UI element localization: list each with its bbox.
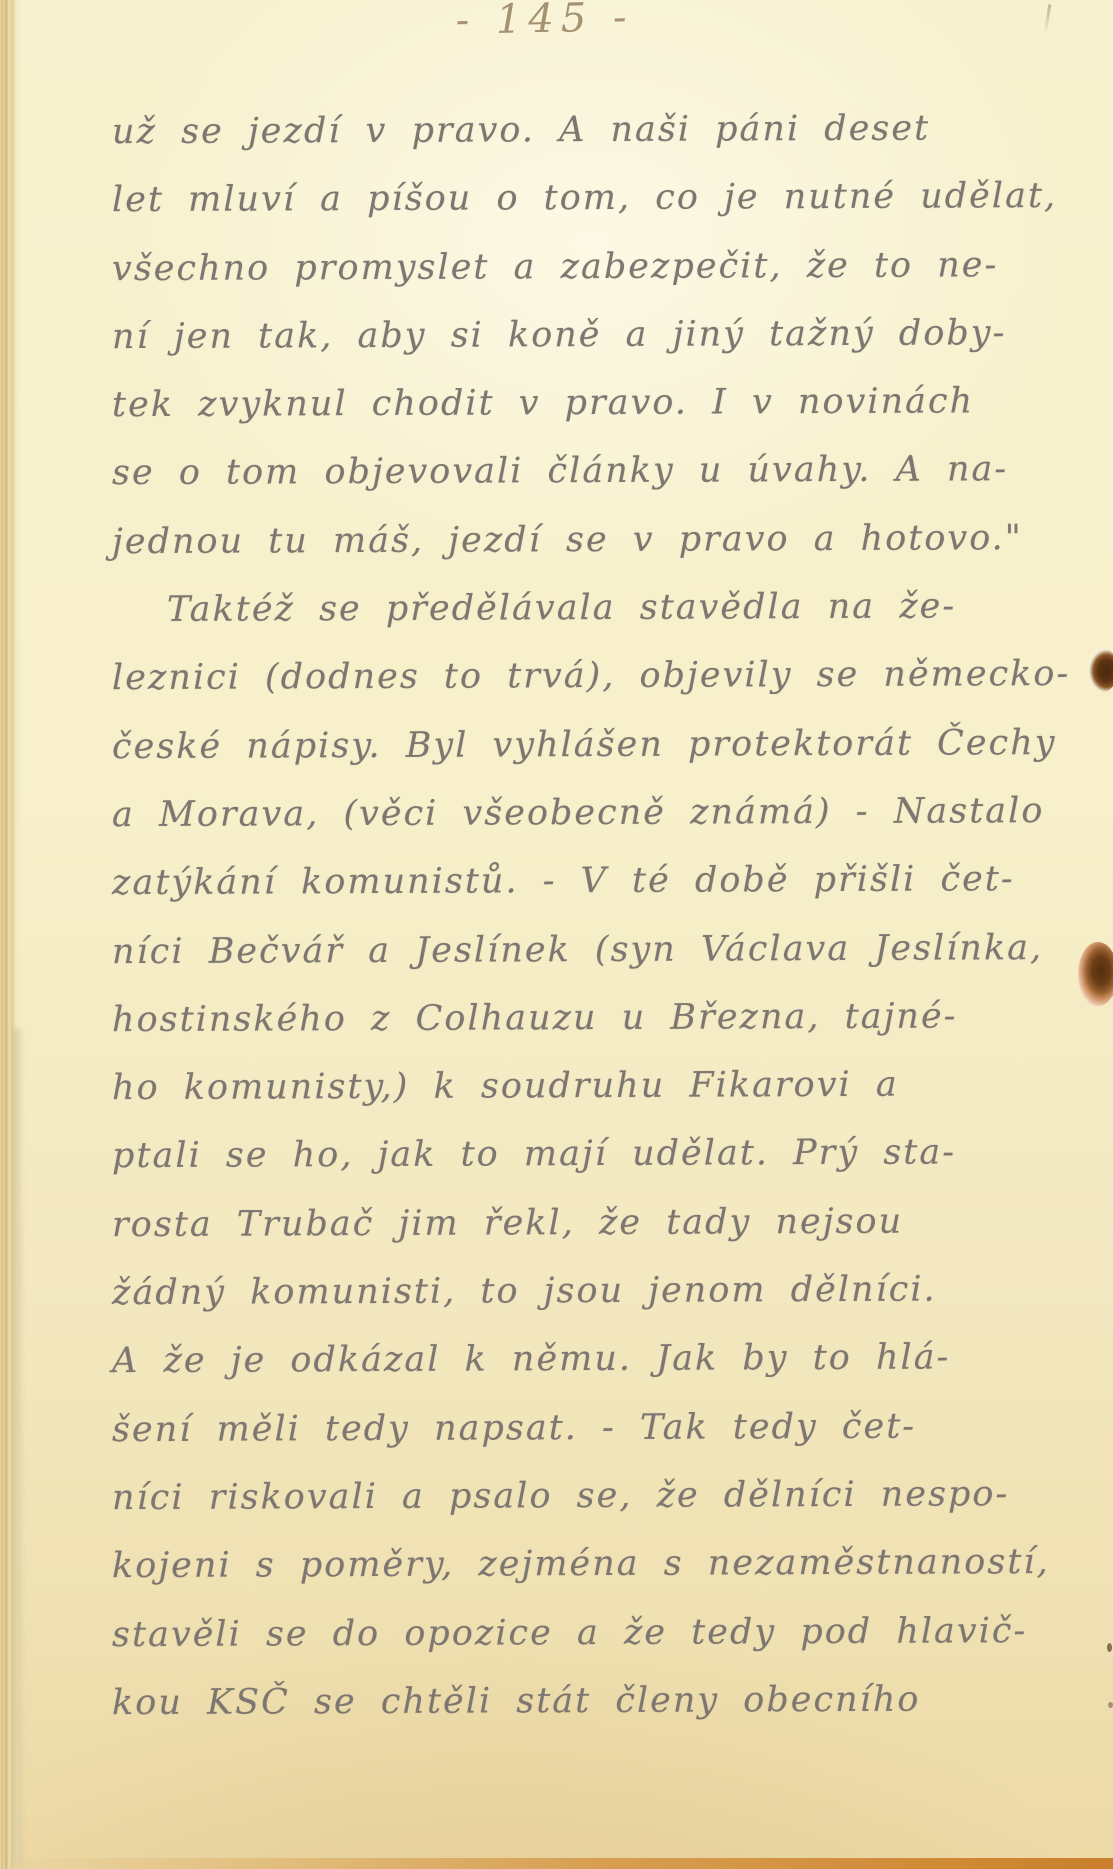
next-page-edge [0, 1858, 1113, 1869]
edge-speck [1107, 1643, 1112, 1652]
page-number: - 145 - [455, 0, 634, 44]
handwriting-line: už se jezdí v pravo. A naši páni deset [112, 94, 1092, 167]
handwriting-line: ní jen tak, aby si koně a jiný tažný dob… [112, 299, 1092, 372]
handwriting-line: rosta Trubač jim řekl, že tady nejsou [112, 1187, 1092, 1260]
handwriting-line: všechno promyslet a zabezpečit, že to ne… [112, 230, 1092, 303]
handwritten-text-block: už se jezdí v pravo. A naši páni desetle… [112, 96, 1092, 1735]
handwriting-line: kojeni s poměry, zejména s nezaměstnanos… [112, 1528, 1092, 1601]
handwriting-line: let mluví a píšou o tom, co je nutné udě… [112, 162, 1092, 235]
rust-spot-lower [1078, 942, 1113, 1006]
binding-edge-shadow [14, 1028, 24, 1869]
edge-speck [1108, 1702, 1113, 1708]
handwriting-line: ptali se ho, jak to mají udělat. Prý sta… [112, 1118, 1092, 1191]
handwriting-line: žádný komunisti, to jsou jenom dělníci. [112, 1255, 1092, 1328]
rust-spot-upper [1088, 648, 1113, 692]
handwriting-line: a Morava, (věci všeobecně známá) - Nasta… [112, 777, 1092, 850]
handwriting-line: kou KSČ se chtěli stát členy obecního [112, 1665, 1092, 1738]
manuscript-page: - 145 - už se jezdí v pravo. A naši páni… [0, 0, 1113, 1869]
handwriting-line: níci riskovali a psalo se, že dělníci ne… [112, 1460, 1092, 1533]
handwriting-line: A že je odkázal k němu. Jak by to hlá- [112, 1323, 1092, 1396]
handwriting-line: níci Bečvář a Jeslínek (syn Václava Jesl… [112, 913, 1092, 986]
handwriting-line: se o tom objevovali články u úvahy. A na… [112, 435, 1092, 508]
handwriting-line: Taktéž se předělávala stavědla na že- [112, 572, 1092, 645]
handwriting-line: zatýkání komunistů. - V té době přišli č… [112, 845, 1092, 918]
handwriting-line: hostinského z Colhauzu u Března, tajné- [112, 982, 1092, 1055]
handwriting-line: tek zvyknul chodit v pravo. I v novinách [112, 367, 1092, 440]
stray-pencil-mark [1044, 4, 1052, 34]
handwriting-line: leznici (dodnes to trvá), objevily se ně… [112, 640, 1092, 713]
handwriting-line: stavěli se do opozice a že tedy pod hlav… [112, 1596, 1092, 1669]
handwriting-line: ho komunisty,) k soudruhu Fikarovi a [112, 1050, 1092, 1123]
handwriting-line: české nápisy. Byl vyhlášen protektorát Č… [112, 709, 1092, 782]
handwriting-line: šení měli tedy napsat. - Tak tedy čet- [112, 1392, 1092, 1465]
handwriting-line: jednou tu máš, jezdí se v pravo a hotovo… [112, 504, 1092, 577]
